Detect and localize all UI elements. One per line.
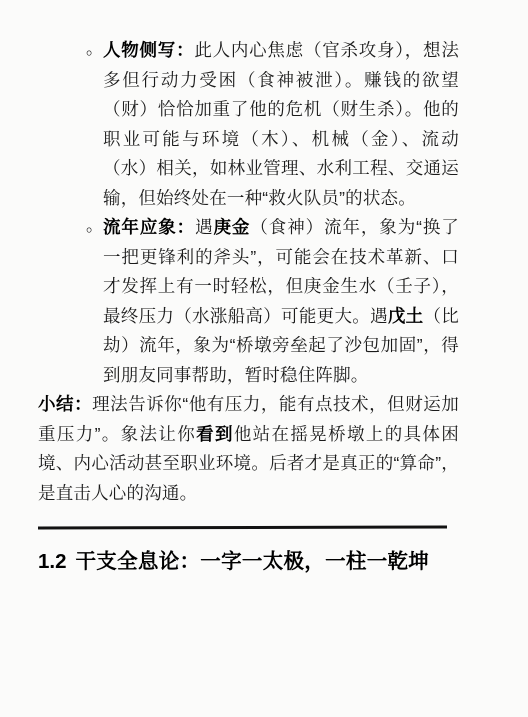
section-heading: 1.2干支全息论：一字一太极，一柱一乾坤 [38,547,528,577]
list-item-text: 流年应象：遇庚金（食神）流年，象为“换了一把更锋利的斧头”，可能会在技术革新、口… [103,217,459,385]
circle-bullet-icon: 。 [86,34,103,64]
summary-paragraph: 小结：理法告诉你“他有压力，能有点技术，但财运加重压力”。象法让你看到他站在摇晃… [38,390,459,508]
section-title: 干支全息论：一字一太极，一柱一乾坤 [76,550,430,573]
document-page: 。 人物侧写：此人内心焦虑（官杀攻身），想法多但行动力受困（食神被泄）。赚钱的欲… [0,0,528,717]
circle-bullet-icon: 。 [86,211,103,241]
list-item-text: 人物侧写：此人内心焦虑（官杀攻身），想法多但行动力受困（食神被泄）。赚钱的欲望（… [103,40,459,208]
list-item-profile: 。 人物侧写：此人内心焦虑（官杀攻身），想法多但行动力受困（食神被泄）。赚钱的欲… [103,36,459,213]
list-item-yearly-signs: 。 流年应象：遇庚金（食神）流年，象为“换了一把更锋利的斧头”，可能会在技术革新… [103,213,459,390]
section-divider [38,525,447,529]
section-number: 1.2 [38,547,67,577]
bullet-list: 。 人物侧写：此人内心焦虑（官杀攻身），想法多但行动力受困（食神被泄）。赚钱的欲… [103,36,459,390]
